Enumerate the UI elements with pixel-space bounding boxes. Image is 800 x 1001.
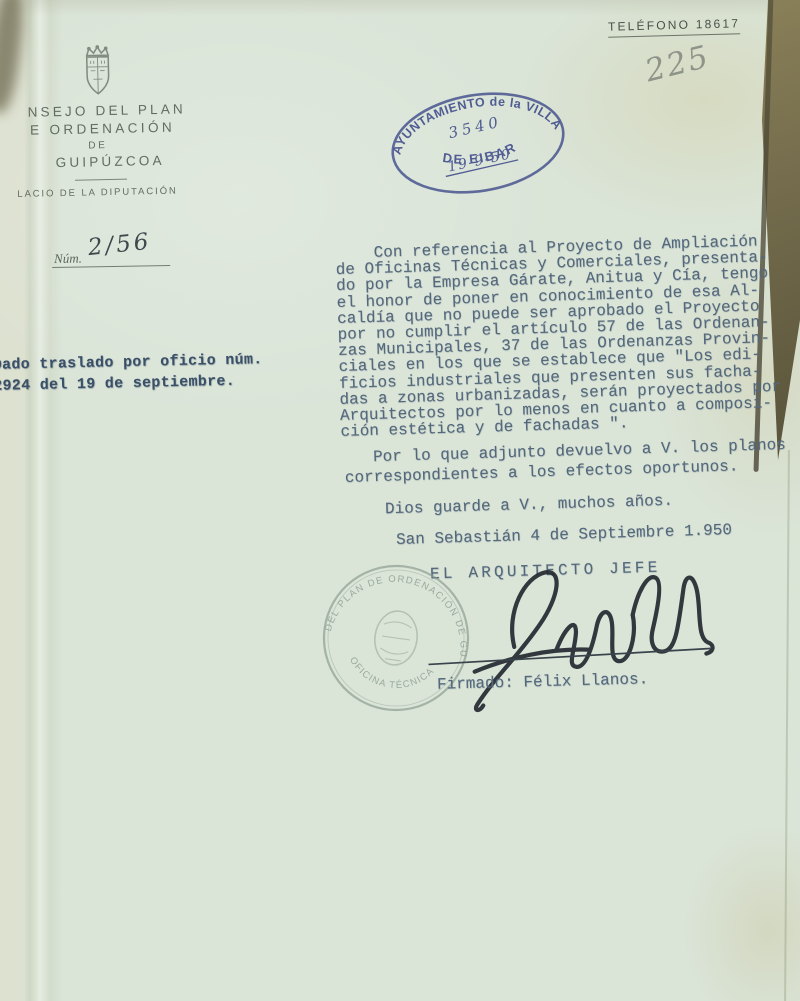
letterhead-line-3: DE — [88, 140, 107, 151]
phone-number: TELÉFONO 18617 — [608, 16, 741, 37]
num-value-handwritten: 2/56 — [87, 229, 153, 262]
letterhead-line-4: GUIPÚZCOA — [56, 153, 165, 170]
eibar-entry-stamp: AYUNTAMIENTO de la VILLA DE EIBAR 3540 1… — [375, 72, 580, 214]
dateline: San Sebastián 4 de Septiembre 1.950 — [396, 521, 732, 549]
letterhead-footer: LACIO DE LA DIPUTACIÓN — [17, 186, 178, 200]
letterhead-line-2: E ORDENACIÓN — [30, 120, 175, 138]
salutation: Dios guarde a V., muchos años. — [385, 492, 673, 519]
pencil-folio-number: 225 — [642, 39, 714, 90]
letterhead-divider — [75, 179, 127, 181]
underlying-sheet-edge — [784, 450, 790, 1001]
stamp-entry-number: 3540 — [447, 112, 504, 142]
scanned-letter-page: TELÉFONO 18617 225 NSEJO DEL PLAN E ORDE… — [0, 0, 800, 1001]
margin-note-line-2: 2924 del 19 de septiembre. — [0, 370, 263, 397]
letterhead-line-1: NSEJO DEL PLAN — [27, 101, 186, 119]
signature — [417, 545, 720, 720]
document-number-line: Núm. 2/56 — [52, 239, 170, 268]
letterhead: NSEJO DEL PLAN E ORDENACIÓN DE GUIPÚZCOA… — [0, 38, 222, 223]
body-paragraph-1: Con referencia al Proyecto de Ampliación… — [335, 233, 782, 440]
round-stamp-emblem — [371, 608, 420, 667]
margin-note: Dado traslado por oficio núm. 2924 del 1… — [0, 349, 263, 397]
coat-of-arms-icon — [74, 44, 121, 101]
num-label: Núm. — [54, 251, 82, 267]
body-paragraph-2: Por lo que adjunto devuelvo a V. los pla… — [344, 435, 787, 488]
